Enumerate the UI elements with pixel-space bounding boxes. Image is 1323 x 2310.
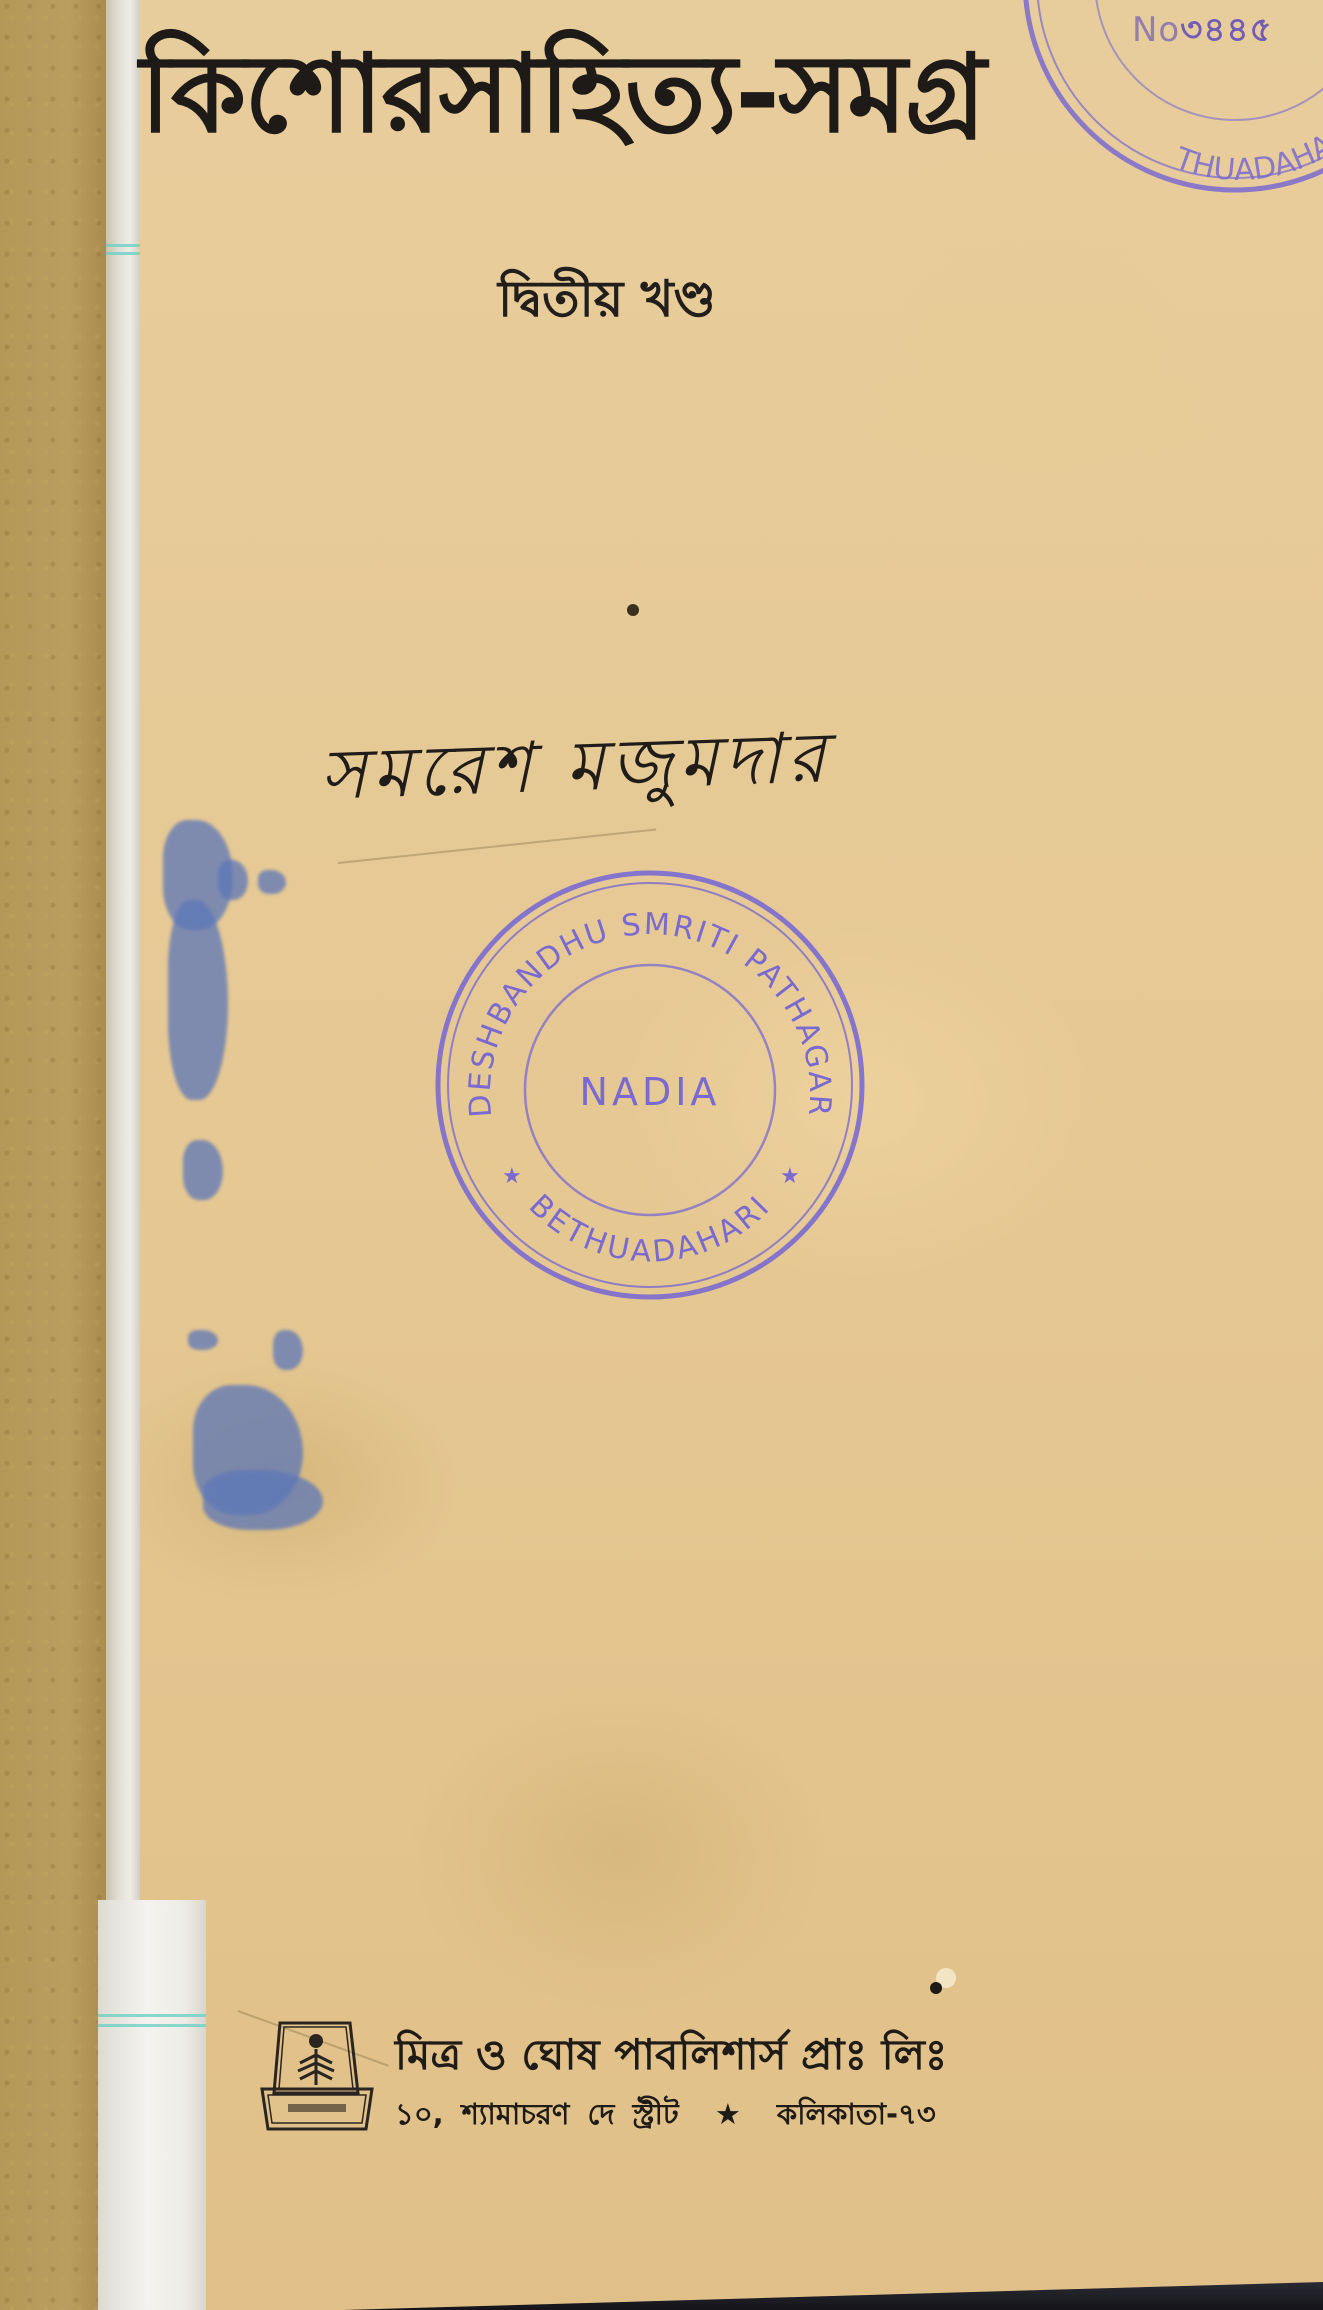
publisher-address: ১০, শ্যামাচরণ দে স্ট্রীট ★ কলিকাতা-৭৩: [395, 2092, 936, 2141]
accession-prefix: No: [1132, 10, 1180, 50]
water-stain: [218, 860, 248, 900]
star-separator-icon: ★: [715, 2097, 741, 2131]
publisher-street: ১০, শ্যামাচরণ দে স্ট্রীট: [395, 2097, 679, 2131]
publisher-name: মিত্র ও ঘোষ পাবলিশার্স প্রাঃ লিঃ: [395, 2022, 947, 2093]
book-title: কিশোরসাহিত্য-সমগ্র: [140, 30, 984, 160]
stamp-star-left: ★: [502, 1164, 522, 1189]
stamp-center-text: NADIA: [580, 1070, 721, 1114]
binding-tape-lower: [98, 1900, 206, 2310]
stamp-star-right: ★: [780, 1164, 800, 1189]
water-stain: [203, 1470, 323, 1530]
ink-spot: [930, 1982, 942, 1994]
water-stain: [258, 870, 286, 894]
book-cover-board: [0, 0, 112, 2310]
ink-dot: [627, 604, 639, 616]
publisher-city: কলিকাতা-৭৩: [777, 2097, 936, 2131]
water-stain: [183, 1140, 223, 1200]
accession-value: ৩৪৪৫: [1180, 10, 1272, 50]
library-stamp: DESHBANDHU SMRITI PATHAGAR BETHUADAHARI …: [430, 865, 870, 1305]
accession-number: No৩৪৪৫: [1132, 4, 1273, 61]
stamp-bottom-text: BETHUADAHARI: [522, 1188, 778, 1270]
water-stain: [168, 900, 228, 1100]
svg-text:BETHUADAHARI: BETHUADAHARI: [522, 1188, 778, 1270]
author-signature: সমরেশ মজুমদার: [318, 703, 833, 838]
water-stain: [273, 1330, 303, 1370]
volume-label: দ্বিতীয় খণ্ড: [498, 262, 716, 345]
water-stain: [188, 1330, 218, 1350]
tree-emblem-icon: [258, 2015, 376, 2135]
